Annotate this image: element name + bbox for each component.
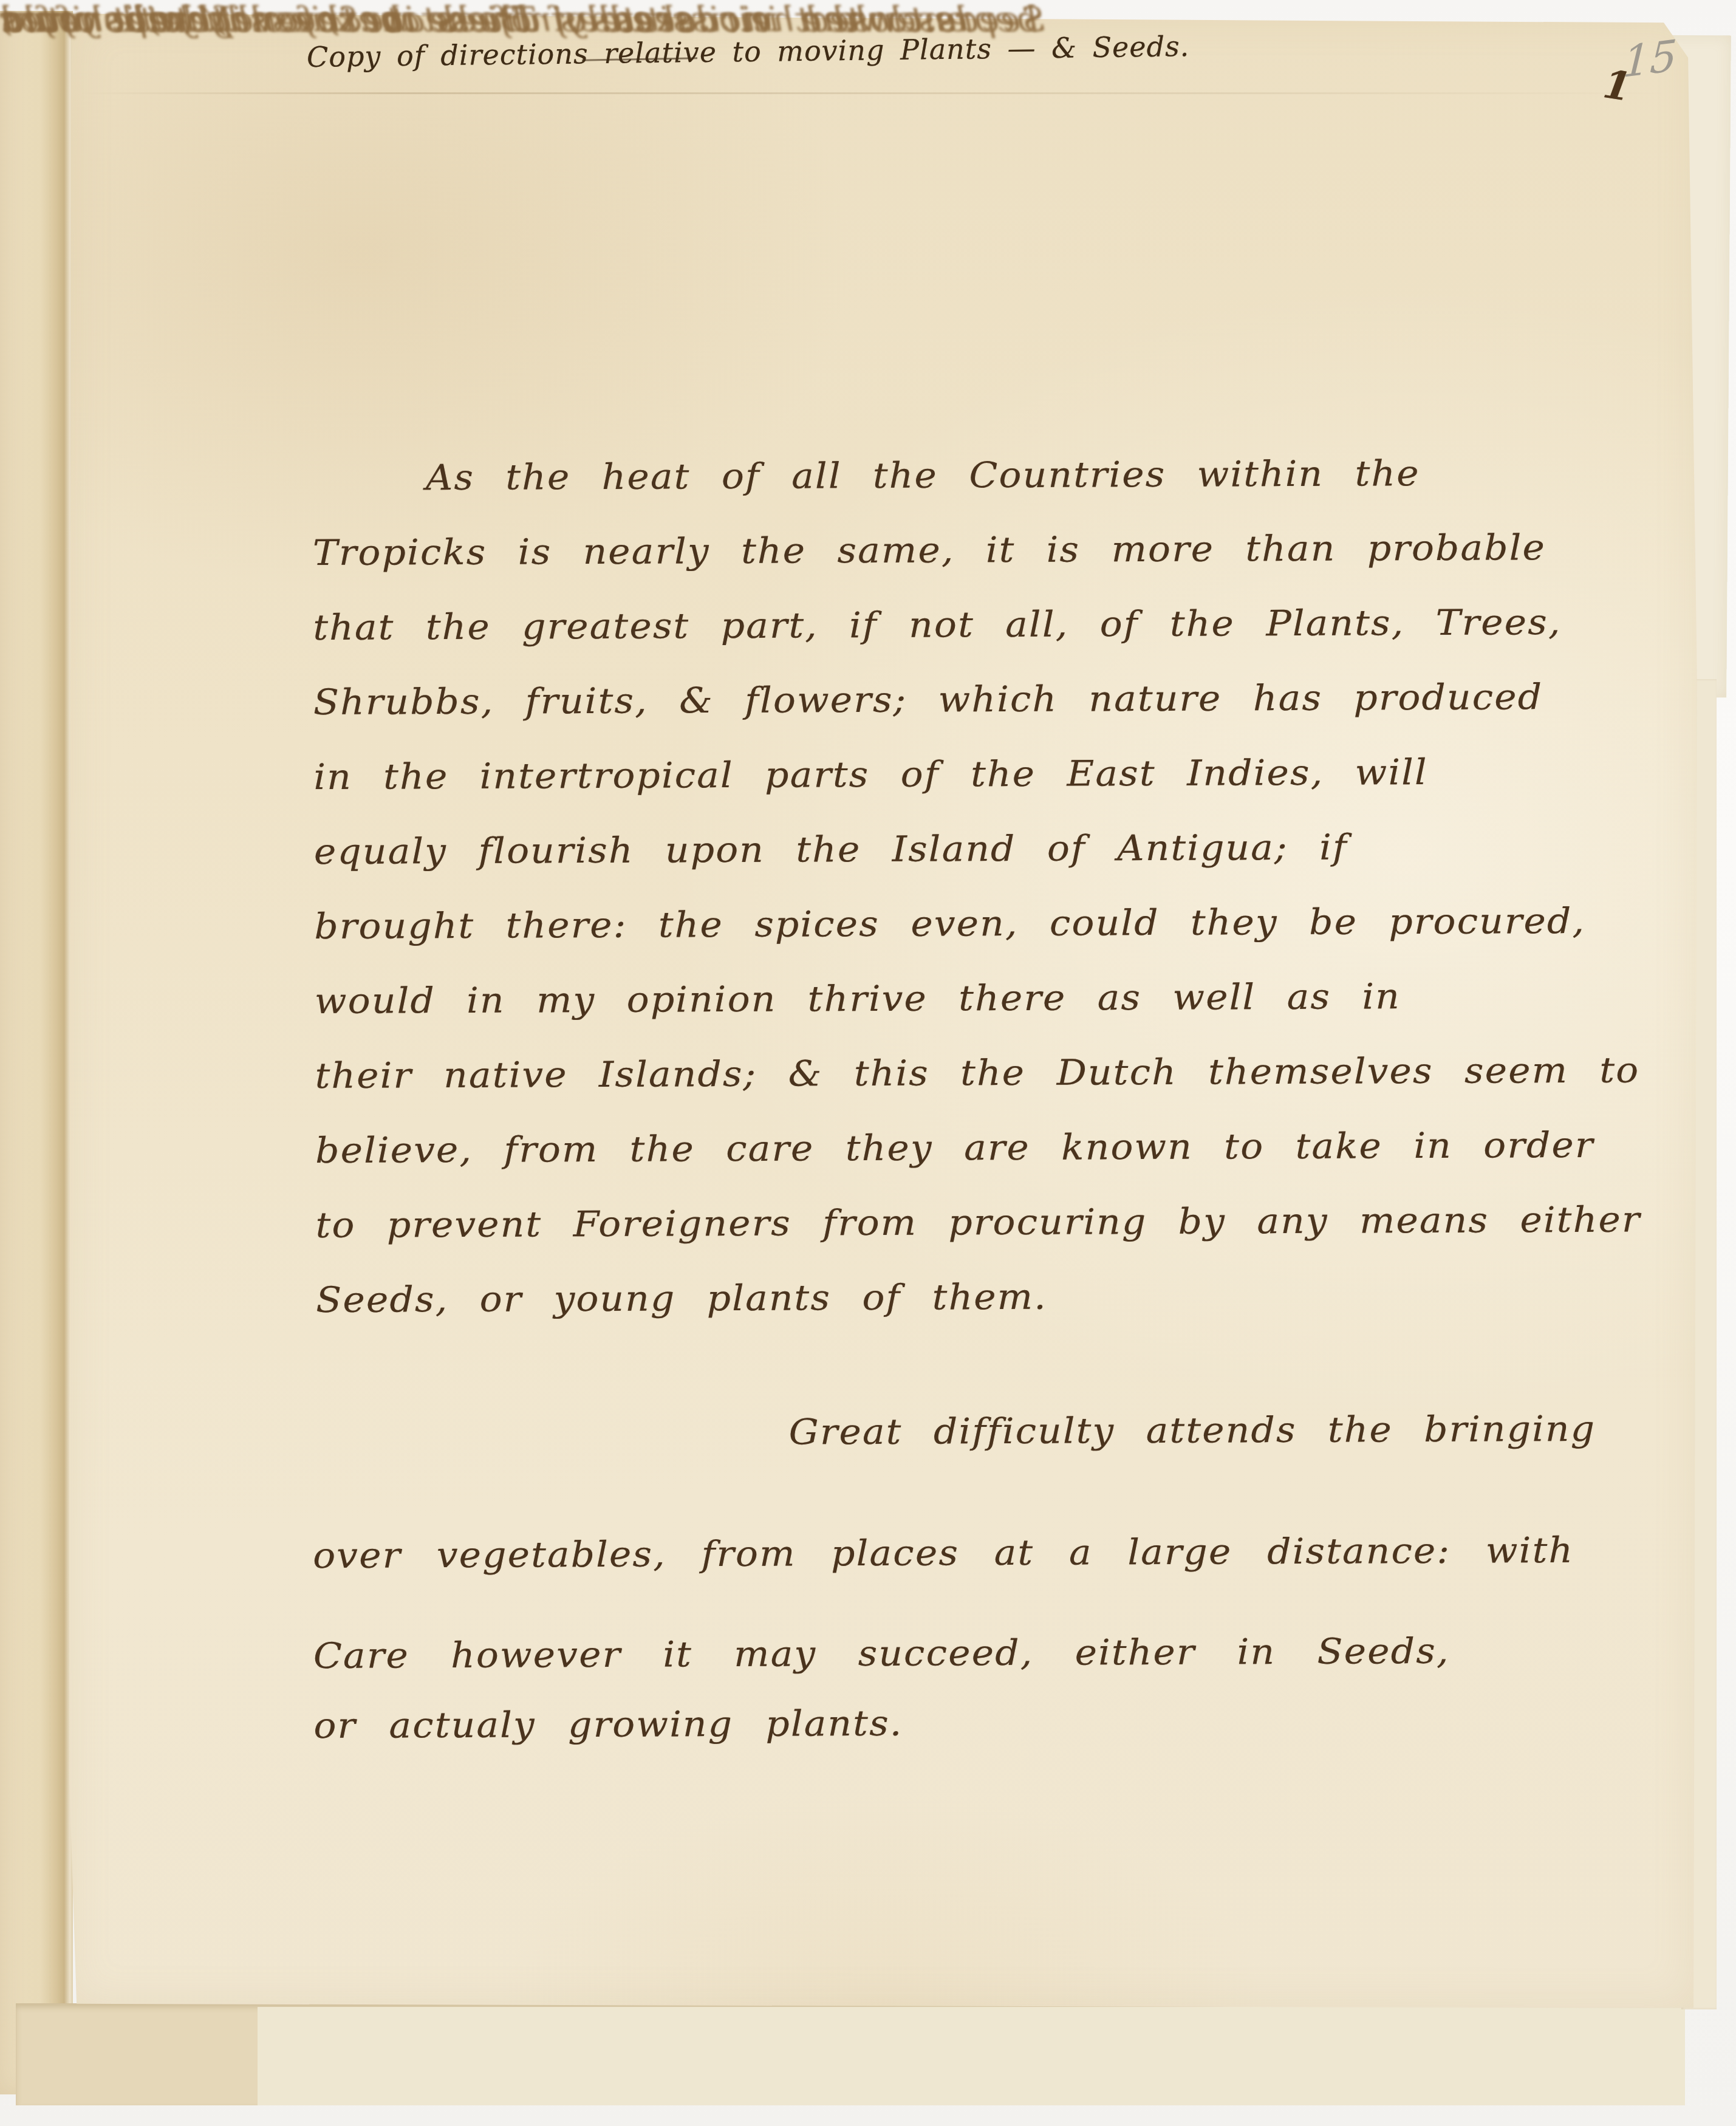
bleed-through-line: or even three years [0,0,403,39]
manuscript-line: brought there: the spices even, could th… [314,883,1680,964]
paragraph-2: Great difficulty attends the bringing ov… [312,1391,1679,1763]
manuscript-line: Seeds, or young plants of them. [316,1257,1681,1338]
under-leaf-left-edge [0,11,73,2094]
manuscript-line: over vegetables, from places at a large … [313,1512,1678,1619]
manuscript-line: or actualy growing plants. [313,1683,1679,1763]
manuscript-line: Great difficulty attends the bringing [788,1391,1678,1516]
manuscript-line: Tropicks is nearly the same, it is more … [313,510,1678,590]
manuscript-scan: Seeds. when moderately dried in the shad… [0,0,1736,2126]
manuscript-line: their native Islands; & this the Dutch t… [315,1033,1680,1113]
manuscript-line: to prevent Foreigners from procuring by … [315,1182,1681,1263]
under-leaf-bottom-edge [16,2003,1685,2105]
manuscript-line: that the greatest part, if not all, of t… [313,584,1678,665]
manuscript-line: Shrubbs, fruits, & flowers; which nature… [313,659,1679,740]
manuscript-line: in the intertropical parts of the East I… [313,734,1679,815]
under-leaf-bottom-light-patch [258,2007,1685,2105]
manuscript-line: believe, from the care they are known to… [315,1107,1681,1188]
manuscript-line: would in my opinion thrive there as well… [315,958,1680,1039]
manuscript-line: equaly flourish upon the Island of Antig… [314,808,1680,889]
manuscript-line: Care however it may succeed, either in S… [313,1613,1679,1689]
manuscript-line: As the heat of all the Countries within … [312,435,1678,516]
paragraph-1: As the heat of all the Countries within … [312,435,1681,1338]
fold-crease [79,92,1670,94]
